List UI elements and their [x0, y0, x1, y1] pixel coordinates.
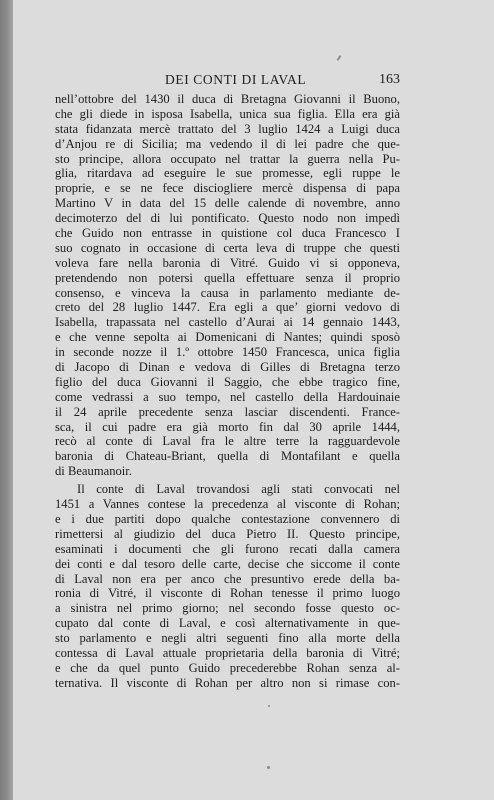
- book-spine-shadow: [0, 0, 13, 800]
- paragraph: nell’ottobre del 1430 il duca di Bretagn…: [55, 92, 400, 479]
- text-line: stata fidanzata mercè trattato del 3 lug…: [55, 122, 400, 137]
- text-line: sca, il cui padre era già morto fin dal …: [55, 420, 400, 435]
- text-line: consenso, e vinceva la causa in parlamen…: [55, 286, 400, 301]
- text-line: nell’ottobre del 1430 il duca di Bretagn…: [55, 92, 400, 107]
- text-line: e che da quel punto Guido precederebbe R…: [55, 661, 400, 676]
- text-line: glia, ritardava ad eseguire le sue prome…: [55, 166, 400, 181]
- text-line: Martino V in data del 15 delle calende d…: [55, 196, 400, 211]
- text-line: Isabella, trapassata nel castello d’Aura…: [55, 315, 400, 330]
- text-line: contessa di Laval attuale proprietaria d…: [55, 646, 400, 661]
- text-line: il 24 aprile precedente senza lasciar di…: [55, 405, 400, 420]
- text-line: e i due partiti dopo qualche contestazio…: [55, 512, 400, 527]
- text-line: 1451 a Vannes contese la precedenza al v…: [55, 497, 400, 512]
- text-line: di Jacopo di Dinan e vedova di Gilles di…: [55, 360, 400, 375]
- text-line: cupato dal conte di Laval, e così altern…: [55, 616, 400, 631]
- text-line: rimettersi al giudizio del duca Pietro I…: [55, 527, 400, 542]
- text-line: di Beaumanoir.: [55, 464, 400, 479]
- text-line: recò al conte di Laval fra le altre terr…: [55, 434, 400, 449]
- text-line: come vedrassi a suo tempo, nel castello …: [55, 390, 400, 405]
- text-line: baronia di Chateau-Briant, quella di Mon…: [55, 449, 400, 464]
- page-number: 163: [379, 72, 400, 88]
- text-line: che Guido non entrasse in quistione col …: [55, 226, 400, 241]
- text-line: d’Anjou re di Sicilia; ma vedendo il di …: [55, 137, 400, 152]
- paper-speck: [336, 55, 341, 61]
- text-line: proprie, e se ne fece disciogliere mercè…: [55, 181, 400, 196]
- text-line: ternativa. Il visconte di Rohan per altr…: [55, 676, 400, 691]
- text-line: dei conti e dal tesoro delle carte, deci…: [55, 557, 400, 572]
- body-text: nell’ottobre del 1430 il duca di Bretagn…: [55, 92, 400, 691]
- book-page: DEI CONTI DI LAVAL 163 nell’ottobre del …: [13, 0, 494, 800]
- text-line: che gli diede in isposa Isabella, unica …: [55, 107, 400, 122]
- paragraph: Il conte di Laval trovandosi agli stati …: [55, 482, 400, 690]
- paper-speck: [267, 766, 270, 769]
- text-line: di Laval non era per anco che presuntivo…: [55, 572, 400, 587]
- text-line: decimoterzo del di lui pontificato. Ques…: [55, 211, 400, 226]
- text-line: figlio del duca Giovanni il Saggio, che …: [55, 375, 400, 390]
- text-line: pretendendo non potersi quella effettuar…: [55, 271, 400, 286]
- text-line: sto parlamento e negli altri seguenti fi…: [55, 631, 400, 646]
- paper-speck: [268, 705, 270, 707]
- page-header: DEI CONTI DI LAVAL 163: [53, 72, 400, 92]
- running-title: DEI CONTI DI LAVAL: [165, 72, 306, 88]
- text-line: sto principe, allora occupato nel tratta…: [55, 152, 400, 167]
- text-line: esaminati i documenti che gli furono rec…: [55, 542, 400, 557]
- text-line: a sinistra nel primo giorno; nel secondo…: [55, 601, 400, 616]
- text-line: suo cognato in occasione di certa leva d…: [55, 241, 400, 256]
- text-line: in seconde nozze il 1.º ottobre 1450 Fra…: [55, 345, 400, 360]
- text-line: Il conte di Laval trovandosi agli stati …: [55, 482, 400, 497]
- text-line: e che venne sepolta ai Domenicani di Nan…: [55, 330, 400, 345]
- text-line: creto del 28 luglio 1447. Era egli a que…: [55, 300, 400, 315]
- text-line: ronia di Vitré, il visconte di Rohan ten…: [55, 586, 400, 601]
- text-line: voleva fare nella baronia di Vitré. Guid…: [55, 256, 400, 271]
